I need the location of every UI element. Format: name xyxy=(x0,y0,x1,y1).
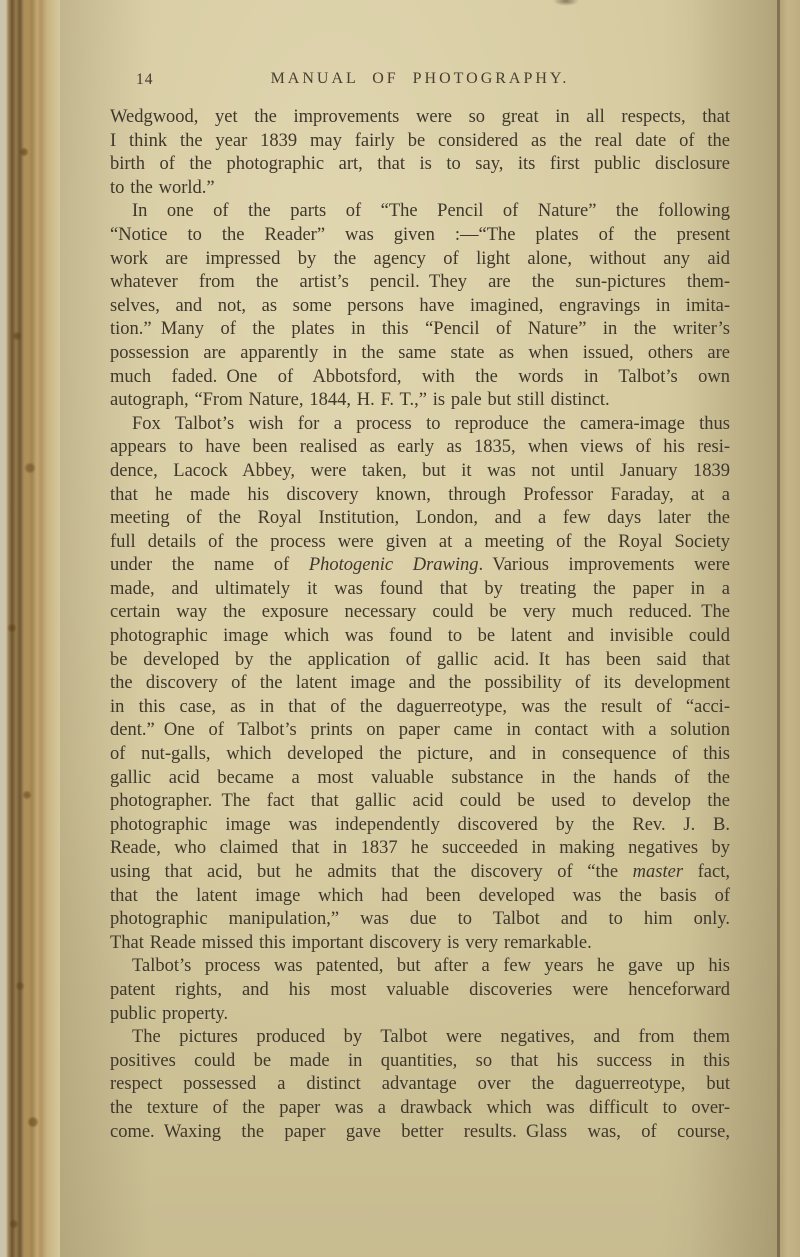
text-line: gallic acid became a most valuable subst… xyxy=(110,767,730,791)
text-line: tion.” Many of the plates in this “Penci… xyxy=(110,318,730,342)
text-line: of nut-galls, which developed the pictur… xyxy=(110,743,730,767)
body-text: Wedgwood, yet the improvements were so g… xyxy=(110,106,730,1144)
text-line: certain way the exposure necessary could… xyxy=(110,601,730,625)
text-line: photographic image was independently dis… xyxy=(110,814,730,838)
text-line: selves, and not, as some persons have im… xyxy=(110,295,730,319)
text-line: patent rights, and his most valuable dis… xyxy=(110,979,730,1003)
text-line: full details of the process were given a… xyxy=(110,531,730,555)
text-line: the texture of the paper was a drawback … xyxy=(110,1097,730,1121)
text-line: dence, Lacock Abbey, were taken, but it … xyxy=(110,460,730,484)
running-title: MANUAL OF PHOTOGRAPHY. xyxy=(110,70,730,88)
text-line: that he made his discovery known, throug… xyxy=(110,484,730,508)
text-line: Wedgwood, yet the improvements were so g… xyxy=(110,106,730,130)
text-line: photographic image which was found to be… xyxy=(110,625,730,649)
text-line: autograph, “From Nature, 1844, H. F. T.,… xyxy=(110,389,730,413)
text-line: whatever from the artist’s pencil. They … xyxy=(110,271,730,295)
text-line: Reade, who claimed that in 1837 he succe… xyxy=(110,837,730,861)
text-line: using that acid, but he admits that the … xyxy=(110,861,730,885)
text-line: meeting of the Royal Institution, London… xyxy=(110,507,730,531)
book-binding-edge xyxy=(0,0,60,1257)
next-page-edge xyxy=(780,0,800,1257)
text-line: be developed by the application of galli… xyxy=(110,649,730,673)
text-line: in this case, as in that of the daguerre… xyxy=(110,696,730,720)
text-line: public property. xyxy=(110,1003,730,1027)
text-line: dent.” One of Talbot’s prints on paper c… xyxy=(110,719,730,743)
text-line: Fox Talbot’s wish for a process to repro… xyxy=(110,413,730,437)
text-line: that the latent image which had been dev… xyxy=(110,885,730,909)
text-line: respect possessed a distinct advantage o… xyxy=(110,1073,730,1097)
text-line: appears to have been realised as early a… xyxy=(110,436,730,460)
text-line: photographic manipulation,” was due to T… xyxy=(110,908,730,932)
text-line: Talbot’s process was patented, but after… xyxy=(110,955,730,979)
text-line: work are impressed by the agency of ligh… xyxy=(110,248,730,272)
text-line: the discovery of the latent image and th… xyxy=(110,672,730,696)
page-content: 14 MANUAL OF PHOTOGRAPHY. Wedgwood, yet … xyxy=(110,0,730,1257)
text-line: to the world.” xyxy=(110,177,730,201)
text-line: under the name of Photogenic Drawing. Va… xyxy=(110,554,730,578)
text-line: “Notice to the Reader” was given :—“The … xyxy=(110,224,730,248)
text-line: The pictures produced by Talbot were neg… xyxy=(110,1026,730,1050)
text-line: much faded. One of Abbotsford, with the … xyxy=(110,366,730,390)
text-line: positives could be made in quantities, s… xyxy=(110,1050,730,1074)
text-line: birth of the photographic art, that is t… xyxy=(110,153,730,177)
text-line: In one of the parts of “The Pencil of Na… xyxy=(110,200,730,224)
text-line: photographer. The fact that gallic acid … xyxy=(110,790,730,814)
text-line: That Reade missed this important discove… xyxy=(110,932,730,956)
book-page-scan: 14 MANUAL OF PHOTOGRAPHY. Wedgwood, yet … xyxy=(0,0,800,1257)
text-line: come. Waxing the paper gave better resul… xyxy=(110,1121,730,1145)
text-line: I think the year 1839 may fairly be cons… xyxy=(110,130,730,154)
text-line: possession are apparently in the same st… xyxy=(110,342,730,366)
text-line: made, and ultimately it was found that b… xyxy=(110,578,730,602)
